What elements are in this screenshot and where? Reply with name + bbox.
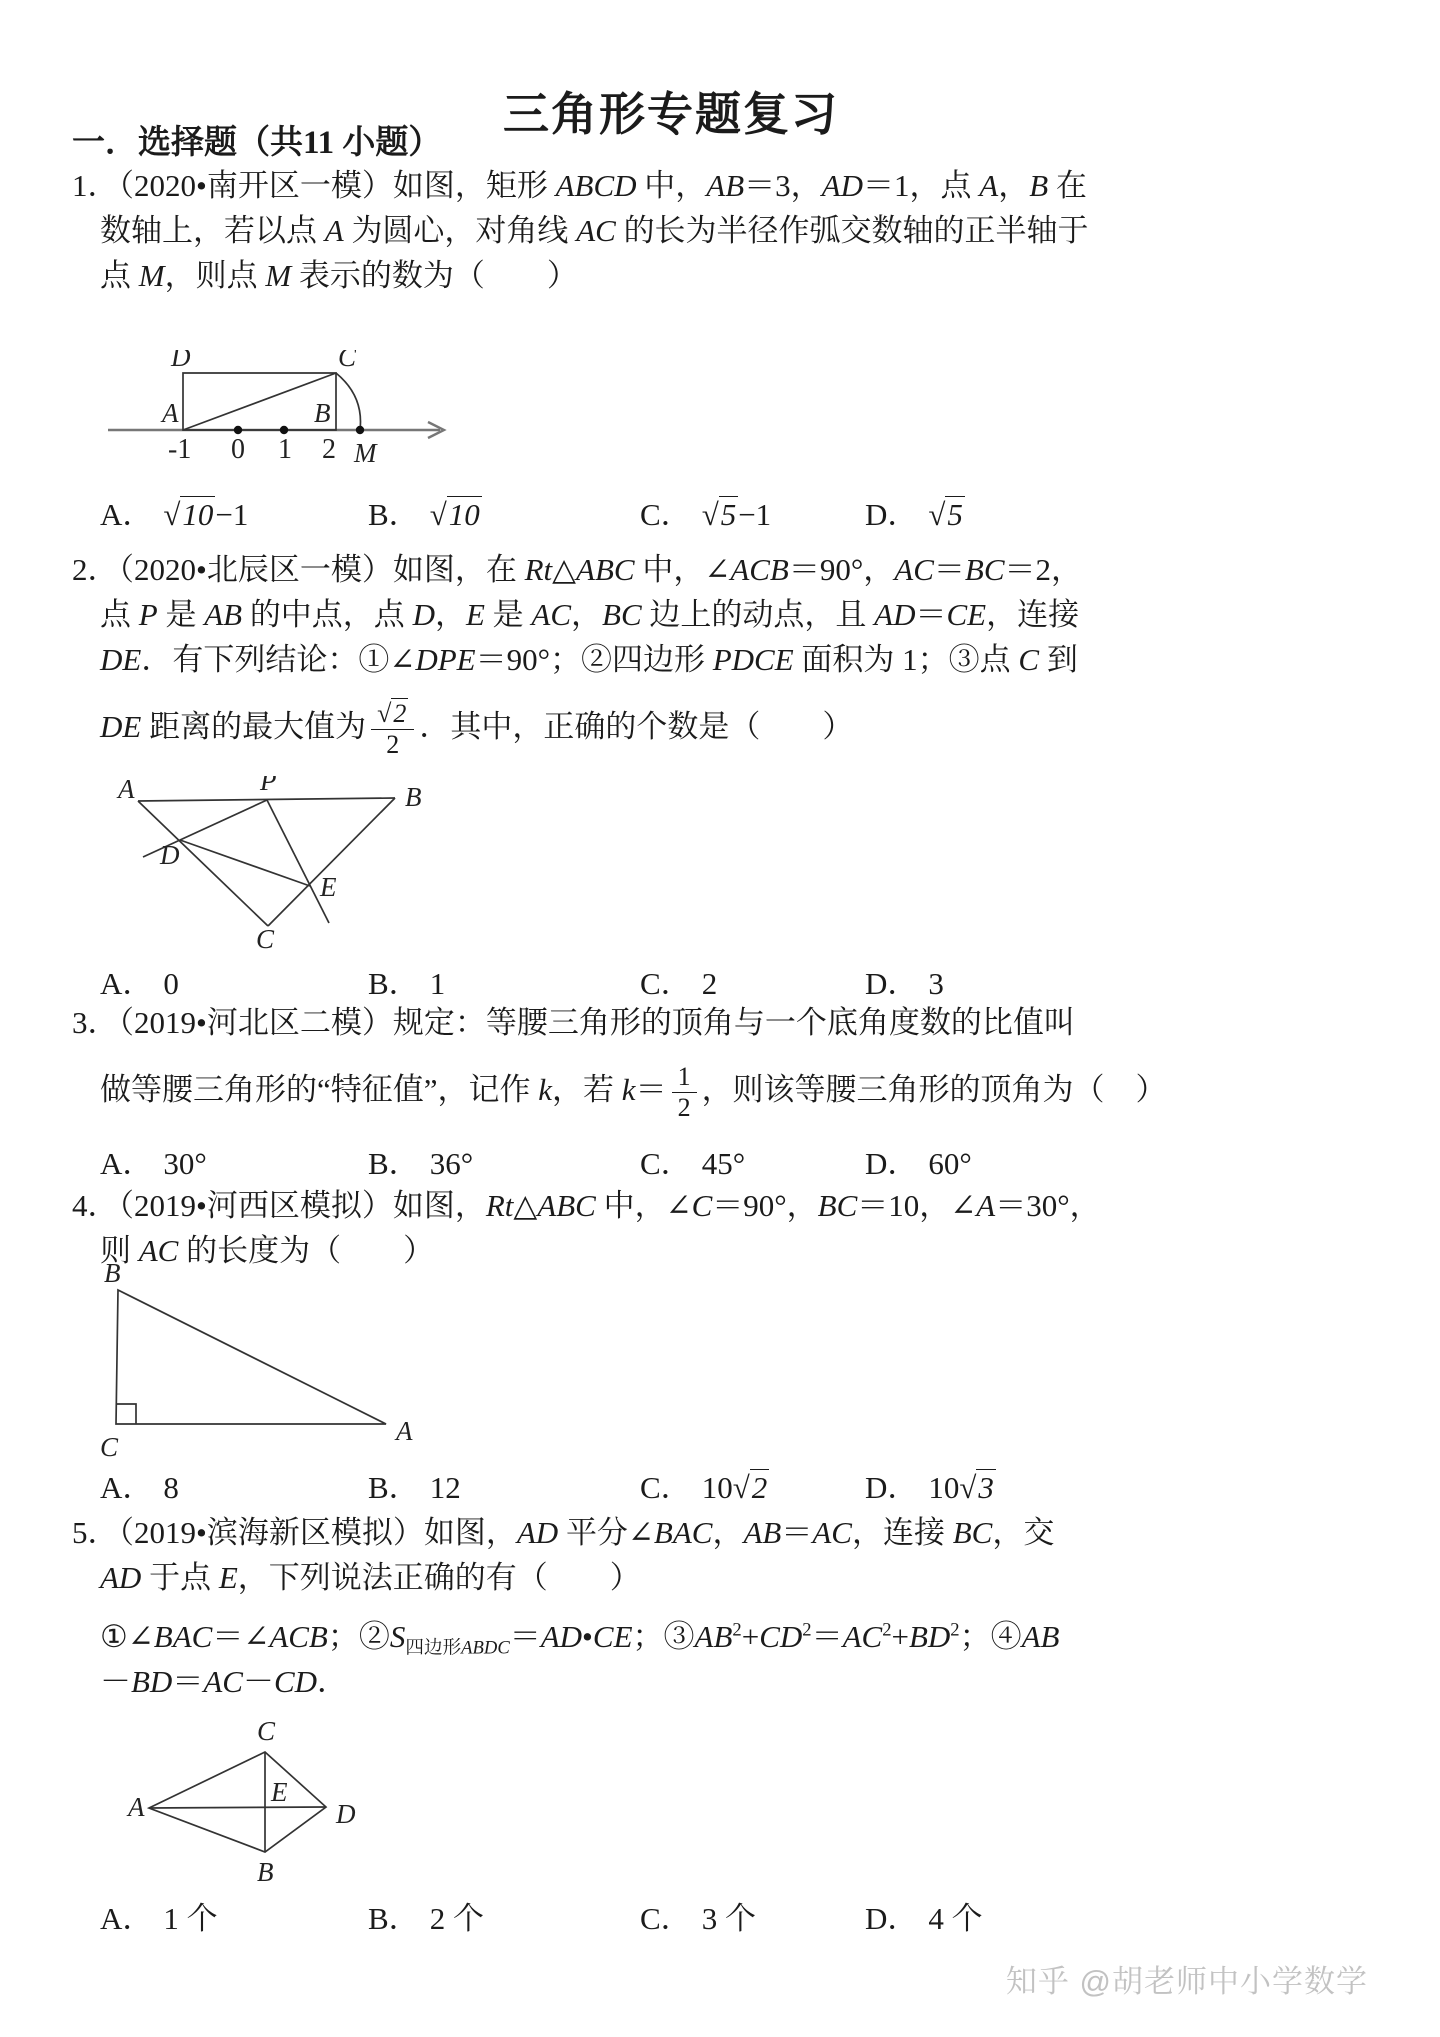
option-value: √10−1 bbox=[163, 496, 248, 532]
quadrilateral-ACDB bbox=[149, 1752, 326, 1852]
option-value: 60° bbox=[928, 1146, 971, 1181]
question-3-text: 3．（2019•河北区二模）规定：等腰三角形的顶角与一个底角度数的比值叫做等腰三… bbox=[72, 1000, 1370, 1135]
text-line: 点 P 是 AB 的中点，点 D，E 是 AC，BC 边上的动点，且 AD＝CE… bbox=[72, 592, 1370, 637]
option-value: 2 个 bbox=[430, 1901, 484, 1936]
figure-q1-numberline: D C A B -1 0 1 2 M bbox=[88, 350, 488, 475]
option-key: B． bbox=[368, 966, 420, 1001]
option-value: 8 bbox=[163, 1470, 179, 1505]
option-key: A． bbox=[100, 1146, 153, 1181]
option-A: A．1 个 bbox=[100, 1891, 218, 1947]
option-value: 4 个 bbox=[928, 1901, 982, 1936]
triangle-BCA bbox=[116, 1290, 386, 1424]
dot-0 bbox=[234, 426, 242, 434]
option-value: √5−1 bbox=[702, 496, 772, 532]
label-P: P bbox=[259, 776, 277, 796]
option-key: D． bbox=[865, 497, 918, 532]
option-D: D．10√3 bbox=[865, 1460, 996, 1516]
text-line: 点 M，则点 M 表示的数为（ ） bbox=[72, 253, 1370, 298]
label-A: A bbox=[160, 398, 179, 428]
text-line: 做等腰三角形的“特征值”，记作 k，若 k＝12，则该等腰三角形的顶角为（ ） bbox=[72, 1045, 1370, 1135]
option-A: A．8 bbox=[100, 1460, 179, 1516]
option-key: C． bbox=[640, 497, 692, 532]
text-line: ①∠BAC＝∠ACB；②S四边形ABDC＝AD•CE；③AB2+CD2＝AC2+… bbox=[72, 1614, 1370, 1659]
fraction: 12 bbox=[672, 1063, 697, 1123]
label-E: E bbox=[270, 1777, 288, 1807]
text-line: DE．有下列结论：①∠DPE＝90°；②四边形 PDCE 面积为 1；③点 C … bbox=[72, 637, 1370, 682]
label-C: C bbox=[257, 1720, 276, 1746]
segment-PE-extended bbox=[267, 800, 329, 923]
option-key: B． bbox=[368, 1470, 420, 1505]
sqrt-expression: √10 bbox=[163, 496, 215, 532]
label-M: M bbox=[353, 438, 378, 468]
option-value: 10√2 bbox=[702, 1469, 770, 1505]
option-key: A． bbox=[100, 1901, 153, 1936]
option-key: C． bbox=[640, 1901, 692, 1936]
diagonal-AD bbox=[149, 1807, 326, 1808]
option-key: A． bbox=[100, 1470, 153, 1505]
option-value: 1 个 bbox=[163, 1901, 217, 1936]
option-key: D． bbox=[865, 1901, 918, 1936]
watermark: 知乎 @胡老师中小学数学 bbox=[1006, 1956, 1368, 2001]
option-key: C． bbox=[640, 1470, 692, 1505]
option-value: 1 bbox=[430, 966, 446, 1001]
option-key: B． bbox=[368, 1901, 420, 1936]
option-value: 0 bbox=[163, 966, 179, 1001]
question-2-text: 2．（2020•北辰区一模）如图，在 Rt△ABC 中，∠ACB＝90°，AC＝… bbox=[72, 547, 1370, 772]
text-line: AD 于点 E，下列说法正确的有（ ） bbox=[72, 1555, 1370, 1600]
option-B: B．12 bbox=[368, 1460, 461, 1516]
tick-0: 0 bbox=[231, 434, 245, 465]
dot-1 bbox=[280, 426, 288, 434]
option-key: C． bbox=[640, 966, 692, 1001]
text-line: DE 距离的最大值为√22．其中，正确的个数是（ ） bbox=[72, 682, 1370, 772]
question-5-text: 5．（2019•滨海新区模拟）如图，AD 平分∠BAC，AB＝AC，连接 BC，… bbox=[72, 1510, 1370, 1704]
sqrt-expression: √3 bbox=[959, 1469, 996, 1505]
option-key: D． bbox=[865, 1470, 918, 1505]
tick-2: 2 bbox=[322, 434, 336, 465]
text-line: 4．（2019•河西区模拟）如图，Rt△ABC 中，∠C＝90°，BC＝10，∠… bbox=[72, 1183, 1370, 1228]
option-key: D． bbox=[865, 1146, 918, 1181]
dot-M bbox=[356, 426, 364, 434]
option-C: C．√5−1 bbox=[640, 487, 771, 543]
option-C: C．3 个 bbox=[640, 1891, 756, 1947]
arc-C-to-M bbox=[336, 373, 361, 430]
text-line: 1．（2020•南开区一模）如图，矩形 ABCD 中，AB＝3，AD＝1，点 A… bbox=[72, 163, 1370, 208]
text-line: －BD＝AC－CD． bbox=[72, 1659, 1370, 1704]
label-A: A bbox=[116, 776, 135, 804]
label-C: C bbox=[100, 1432, 119, 1462]
label-C: C bbox=[256, 924, 275, 951]
text-line: 数轴上，若以点 A 为圆心，对角线 AC 的长为半径作弧交数轴的正半轴于 bbox=[72, 208, 1370, 253]
question-5-options: A．1 个B．2 个C．3 个D．4 个 bbox=[72, 1891, 1370, 1947]
text-line: 2．（2020•北辰区一模）如图，在 Rt△ABC 中，∠ACB＝90°，AC＝… bbox=[72, 547, 1370, 592]
worksheet-page: 三角形专题复习 一．选择题（共11 小题） 1．（2020•南开区一模）如图，矩… bbox=[0, 0, 1440, 2037]
option-key: B． bbox=[368, 497, 420, 532]
option-value: 45° bbox=[702, 1146, 745, 1181]
option-D: D．4 个 bbox=[865, 1891, 983, 1947]
label-C: C bbox=[338, 350, 357, 372]
label-D: D bbox=[159, 840, 180, 870]
label-A: A bbox=[394, 1416, 413, 1446]
sqrt-expression: √2 bbox=[377, 698, 408, 728]
sqrt-expression: √5 bbox=[928, 496, 965, 532]
right-angle-mark bbox=[116, 1404, 136, 1424]
option-key: C． bbox=[640, 1146, 692, 1181]
option-value: 3 bbox=[928, 966, 944, 1001]
label-E: E bbox=[319, 872, 337, 902]
option-value: 36° bbox=[430, 1146, 473, 1181]
side-BC bbox=[268, 798, 395, 926]
label-D: D bbox=[170, 350, 191, 372]
option-B: B．√10 bbox=[368, 487, 482, 543]
label-B: B bbox=[314, 398, 331, 428]
question-4-options: A．8B．12C．10√2D．10√3 bbox=[72, 1460, 1370, 1516]
option-value: √10 bbox=[430, 496, 482, 532]
sqrt-expression: √2 bbox=[733, 1469, 770, 1505]
figure-q4-right-triangle: B C A bbox=[88, 1262, 428, 1467]
question-4-text: 4．（2019•河西区模拟）如图，Rt△ABC 中，∠C＝90°，BC＝10，∠… bbox=[72, 1183, 1370, 1273]
figure-q2-triangle: A P B D E C bbox=[100, 776, 440, 951]
option-B: B．2 个 bbox=[368, 1891, 484, 1947]
option-value: 12 bbox=[430, 1470, 461, 1505]
option-key: D． bbox=[865, 966, 918, 1001]
tick-1: 1 bbox=[278, 434, 292, 465]
text-line: 5．（2019•滨海新区模拟）如图，AD 平分∠BAC，AB＝AC，连接 BC，… bbox=[72, 1510, 1370, 1555]
option-value: 3 个 bbox=[702, 1901, 756, 1936]
figure-q5-kite: C A E D B bbox=[108, 1720, 378, 1892]
tick-neg1: -1 bbox=[168, 434, 191, 465]
option-key: B． bbox=[368, 1146, 420, 1181]
sqrt-expression: √10 bbox=[430, 496, 482, 532]
label-B: B bbox=[405, 782, 422, 812]
option-key: A． bbox=[100, 497, 153, 532]
option-A: A．√10−1 bbox=[100, 487, 248, 543]
question-1-options: A．√10−1B．√10C．√5−1D．√5 bbox=[72, 487, 1370, 543]
label-D: D bbox=[335, 1799, 356, 1829]
question-1-text: 1．（2020•南开区一模）如图，矩形 ABCD 中，AB＝3，AD＝1，点 A… bbox=[72, 163, 1370, 298]
label-B: B bbox=[104, 1262, 121, 1288]
option-key: A． bbox=[100, 966, 153, 1001]
option-C: C．10√2 bbox=[640, 1460, 769, 1516]
option-D: D．√5 bbox=[865, 487, 965, 543]
label-B: B bbox=[257, 1857, 274, 1887]
option-value: 2 bbox=[702, 966, 718, 1001]
fraction: √22 bbox=[371, 700, 414, 760]
option-value: √5 bbox=[928, 496, 965, 532]
option-value: 10√3 bbox=[928, 1469, 996, 1505]
sqrt-expression: √5 bbox=[702, 496, 739, 532]
option-value: 30° bbox=[163, 1146, 206, 1181]
label-A: A bbox=[126, 1792, 145, 1822]
text-line: 3．（2019•河北区二模）规定：等腰三角形的顶角与一个底角度数的比值叫 bbox=[72, 1000, 1370, 1045]
section-heading: 一．选择题（共11 小题） bbox=[72, 122, 1370, 164]
